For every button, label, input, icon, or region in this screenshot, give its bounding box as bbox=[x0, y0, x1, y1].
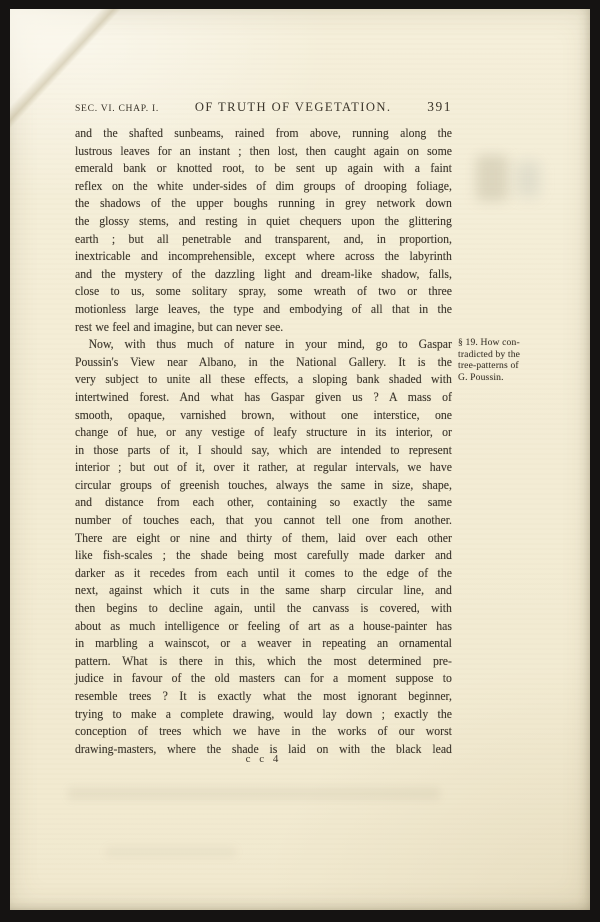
running-head-section: SEC. VI. CHAP. I. bbox=[75, 103, 159, 114]
text-line: lustrous leaves for an instant ; then lo… bbox=[75, 143, 452, 161]
show-through-smudge bbox=[106, 847, 236, 857]
book-page: SEC. VI. CHAP. I. OF TRUTH OF VEGETATION… bbox=[10, 9, 590, 910]
margin-note-line: tree-patterns of bbox=[458, 360, 540, 372]
margin-note: § 19. How con-tradicted by thetree-patte… bbox=[458, 337, 540, 384]
text-line: in marbling a wainscot, or a weaver in r… bbox=[75, 635, 452, 653]
text-line: next, against which it cuts in the same … bbox=[75, 582, 452, 600]
text-line: and the mystery of the dazzling light an… bbox=[75, 266, 452, 284]
text-line: interior ; but out of it, over it rather… bbox=[75, 459, 452, 477]
text-block: and the shafted sunbeams, rained from ab… bbox=[75, 125, 452, 758]
text-line: rest we feel and imagine, but can never … bbox=[75, 319, 452, 337]
running-header: SEC. VI. CHAP. I. OF TRUTH OF VEGETATION… bbox=[75, 99, 452, 115]
page-corner-crease bbox=[10, 9, 160, 134]
scanned-page-background: SEC. VI. CHAP. I. OF TRUTH OF VEGETATION… bbox=[0, 0, 600, 922]
text-line: earth ; but all penetrable and transpare… bbox=[75, 231, 452, 249]
text-line: like fish-scales ; the shade being most … bbox=[75, 547, 452, 565]
text-line: Poussin's View near Albano, in the Natio… bbox=[75, 354, 452, 372]
margin-note-line: tradicted by the bbox=[458, 349, 540, 361]
text-line: intertwined forest. And what has Gaspar … bbox=[75, 389, 452, 407]
text-line: Now, with thus much of nature in your mi… bbox=[75, 336, 452, 354]
running-head-title: OF TRUTH OF VEGETATION. bbox=[159, 100, 427, 115]
margin-note-line: G. Poussin. bbox=[458, 372, 540, 384]
text-line: number of touches each, that you cannot … bbox=[75, 512, 452, 530]
text-line: pattern. What is there in this, which th… bbox=[75, 653, 452, 671]
text-line: very subject to unite all these effects,… bbox=[75, 371, 452, 389]
text-line: judice in favour of the old masters can … bbox=[75, 670, 452, 688]
text-line: the shadows of the upper boughs running … bbox=[75, 195, 452, 213]
text-line: about as much intelligence or feeling of… bbox=[75, 618, 452, 636]
show-through-smudge bbox=[68, 787, 440, 800]
text-line: and the shafted sunbeams, rained from ab… bbox=[75, 125, 452, 143]
text-line: motionless large leaves, the type and em… bbox=[75, 301, 452, 319]
page-number: 391 bbox=[427, 99, 452, 115]
text-line: reflex on the white under-sides of dim g… bbox=[75, 178, 452, 196]
text-line: circular groups of greenish touches, alw… bbox=[75, 477, 452, 495]
text-line: and distance from each other, containing… bbox=[75, 494, 452, 512]
signature-mark: c c 4 bbox=[75, 753, 452, 765]
text-line: trying to make a complete drawing, would… bbox=[75, 706, 452, 724]
text-line: darker as it recedes from each until it … bbox=[75, 565, 452, 583]
text-line: in those parts of it, I should say, whic… bbox=[75, 442, 452, 460]
text-line: emerald bank or knotted root, to be sent… bbox=[75, 160, 452, 178]
show-through-smudge bbox=[476, 155, 508, 201]
text-line: close to us, some solitary spray, some w… bbox=[75, 283, 452, 301]
margin-note-line: § 19. How con- bbox=[458, 337, 540, 349]
text-line: smooth, opaque, varnished brown, without… bbox=[75, 407, 452, 425]
text-line: the glossy stems, and resting in quiet c… bbox=[75, 213, 452, 231]
text-line: inextricable and incomprehensible, excep… bbox=[75, 248, 452, 266]
text-line: then begins to decline again, until the … bbox=[75, 600, 452, 618]
text-line: conception of trees which we have in the… bbox=[75, 723, 452, 741]
text-line: There are eight or nine and thirty of th… bbox=[75, 530, 452, 548]
text-line: resemble trees ? It is exactly what the … bbox=[75, 688, 452, 706]
text-line: change of hue, or any vestige of leafy s… bbox=[75, 424, 452, 442]
show-through-smudge bbox=[516, 161, 540, 197]
